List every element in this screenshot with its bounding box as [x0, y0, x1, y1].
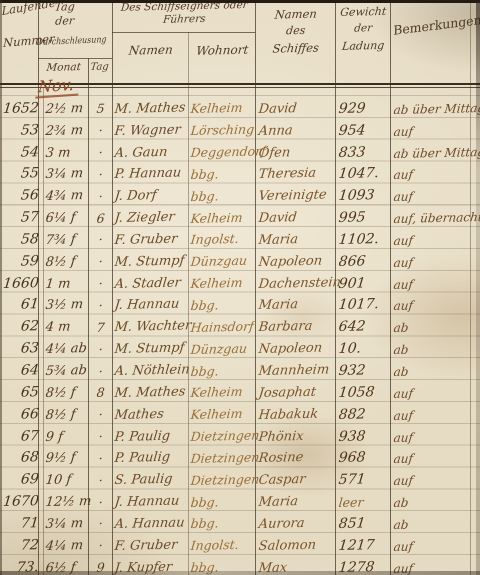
- cell-zeit: 3¼ m: [45, 517, 84, 531]
- cell-schiff: Napoleon: [258, 254, 323, 268]
- cell-tag: ·: [90, 431, 111, 444]
- cell-nr: 61: [2, 298, 39, 313]
- cell-tag: ·: [90, 234, 111, 247]
- cell-zeit: 4¼ ab: [45, 342, 87, 356]
- table-row: 658½ f8M. MathesKelheimJosaphat1058auf: [0, 379, 480, 401]
- cell-bem: ab: [393, 366, 409, 378]
- cell-schiff: Maria: [258, 495, 299, 509]
- cell-schiff: Josaphat: [258, 386, 317, 400]
- paper-edge-right: [476, 0, 480, 575]
- cell-wohnort: Kelheim: [190, 408, 243, 422]
- cell-bem: auf, übernachtet: [393, 211, 480, 225]
- cell-nr: 68: [2, 451, 39, 466]
- cell-tag: ·: [90, 474, 111, 487]
- cell-gewicht: 833: [338, 145, 366, 160]
- cell-wohnort: Kelheim: [190, 277, 243, 291]
- cell-zeit: 9 f: [45, 430, 64, 443]
- cell-nr: 64: [2, 363, 39, 378]
- cell-name: P. Hannau: [114, 167, 182, 182]
- cell-wohnort: Dietzingen: [190, 451, 260, 465]
- table-row: 624 m7M. WachterHainsdorfBarbara642ab: [0, 314, 480, 336]
- cell-zeit: 5¾ ab: [45, 364, 87, 378]
- cell-nr: 72: [2, 538, 39, 553]
- cell-nr: 63: [2, 341, 39, 356]
- ledger-page: Laufende Nummer Tag der Durchschleusung …: [0, 0, 480, 575]
- cell-bem: ab: [393, 519, 409, 531]
- cell-zeit: 4¼ m: [45, 539, 84, 553]
- cell-tag: ·: [90, 518, 111, 531]
- cell-name: F. Gruber: [114, 233, 178, 247]
- table-row: 679 f·P. PauligDietzingenPhönix938auf: [0, 423, 480, 445]
- cell-wohnort: Kelheim: [190, 386, 243, 400]
- cell-gewicht: 1093: [338, 188, 375, 203]
- cell-schiff: Ofen: [258, 146, 291, 160]
- cell-name: M. Mathes: [114, 101, 186, 116]
- cell-zeit: 3¼ m: [45, 168, 84, 182]
- cell-nr: 53: [2, 123, 39, 138]
- cell-bem: auf: [393, 125, 414, 137]
- cell-zeit: 3 m: [45, 146, 71, 160]
- cell-schiff: Barbara: [258, 320, 313, 334]
- table-row: 543 m·A. GaunDeggendorfOfen833ab über Mi…: [0, 139, 480, 161]
- cell-bem: auf: [393, 191, 414, 203]
- cell-schiff: Dachenstein: [258, 276, 342, 291]
- cell-schiff: Theresia: [258, 167, 317, 181]
- cell-bem: ab über Mittag: [393, 145, 480, 159]
- cell-gewicht: 1102.: [338, 232, 380, 247]
- cell-schiff: Phönix: [258, 430, 304, 444]
- cell-bem: auf: [393, 431, 414, 443]
- cell-nr: 1670: [2, 494, 39, 509]
- cell-name: M. Stumpf: [114, 254, 185, 269]
- cell-bem: auf: [393, 387, 414, 399]
- cell-zeit: 8½ f: [45, 255, 76, 269]
- paper-edge-bottom: [0, 571, 480, 575]
- table-row: 668½ f·MathesKelheimHabakuk882auf: [0, 401, 480, 423]
- cell-zeit: 2½ m: [45, 102, 84, 116]
- cell-nr: 57: [2, 210, 39, 225]
- cell-tag: ·: [90, 125, 111, 138]
- cell-gewicht: 929: [338, 101, 366, 116]
- cell-name: J. Ziegler: [114, 211, 175, 225]
- table-row: 16601 m·A. StadlerKelheimDachenstein901a…: [0, 270, 480, 292]
- table-row: 532¾ m·F. WagnerLörschingAnna954auf: [0, 117, 480, 139]
- cell-name: J. Hannau: [114, 495, 180, 509]
- cell-schiff: Vereinigte: [258, 189, 327, 204]
- table-row: 576¼ f6J. ZieglerKelheimDavid995auf, übe…: [0, 204, 480, 226]
- cell-name: J. Hannau: [114, 298, 180, 312]
- cell-zeit: 2¾ m: [45, 124, 84, 138]
- table-row: 689½ f·P. PauligDietzingenRosine968auf: [0, 445, 480, 467]
- cell-wohnort: Kelheim: [190, 211, 243, 225]
- cell-gewicht: 642: [338, 320, 366, 335]
- cell-zeit: 8½ f: [45, 386, 76, 400]
- cell-name: S. Paulig: [114, 473, 173, 487]
- cell-schiff: Maria: [258, 299, 299, 313]
- cell-schiff: Habakuk: [258, 407, 319, 421]
- cell-nr: 58: [2, 232, 39, 247]
- cell-zeit: 3½ m: [45, 299, 84, 313]
- cell-gewicht: 1017.: [338, 298, 380, 313]
- cell-wohnort: Lörsching: [190, 124, 255, 138]
- cell-zeit: 7¾ f: [45, 233, 76, 247]
- cell-bem: auf: [393, 409, 414, 421]
- cell-bem: ab: [393, 497, 409, 509]
- cell-nr: 67: [2, 429, 39, 444]
- cell-name: M. Wachter: [114, 320, 192, 335]
- cell-name: F. Gruber: [114, 538, 178, 552]
- cell-tag: ·: [90, 496, 111, 509]
- cell-name: A. Gaun: [114, 145, 168, 159]
- cell-schiff: Caspar: [258, 473, 306, 487]
- cell-bem: auf: [393, 235, 414, 247]
- cell-gewicht: 1217: [338, 538, 375, 553]
- cell-gewicht: 954: [338, 123, 366, 138]
- paper-edge-left: [0, 0, 2, 575]
- cell-bem: auf: [393, 540, 414, 552]
- cell-tag: ·: [90, 452, 111, 465]
- cell-wohnort: bbg.: [190, 496, 219, 509]
- cell-zeit: 6¼ f: [45, 211, 76, 225]
- cell-nr: 69: [2, 472, 39, 487]
- cell-bem: auf: [393, 453, 414, 465]
- cell-tag: 5: [90, 103, 111, 116]
- cell-wohnort: Deggendorf: [190, 145, 266, 159]
- table-row: 553¼ m·P. Hannaubbg.Theresia1047.auf: [0, 161, 480, 183]
- cell-schiff: Rosine: [258, 451, 304, 465]
- cell-bem: ab über Mittag: [393, 102, 480, 116]
- cell-name: F. Wagner: [114, 123, 181, 137]
- cell-zeit: 1 m: [45, 277, 71, 291]
- cell-zeit: 4 m: [45, 321, 71, 335]
- cell-wohnort: Dünzgau: [190, 255, 248, 269]
- cell-nr: 1652: [2, 101, 39, 116]
- table-row: 645¾ ab·A. Nöthleinbbg.Mannheim932ab: [0, 357, 480, 379]
- cell-bem: ab: [393, 344, 409, 356]
- table-row: 613½ m·J. Hannaubbg.Maria1017.auf: [0, 292, 480, 314]
- cell-bem: auf: [393, 278, 414, 290]
- cell-gewicht: 901: [338, 276, 366, 291]
- cell-schiff: Aurora: [258, 517, 305, 531]
- cell-tag: ·: [90, 365, 111, 378]
- cell-wohnort: bbg.: [190, 365, 219, 378]
- cell-wohnort: Hainsdorf: [190, 320, 254, 334]
- cell-tag: ·: [90, 147, 111, 160]
- cell-wohnort: bbg.: [190, 168, 219, 181]
- cell-zeit: 8½ f: [45, 408, 76, 422]
- table-row: 564¾ m·J. Dorfbbg.Vereinigte1093auf: [0, 182, 480, 204]
- table-row: 634¼ ab·M. StumpfDünzgauNapoleon10.ab: [0, 335, 480, 357]
- cell-tag: 6: [90, 212, 111, 225]
- cell-nr: 55: [2, 167, 39, 182]
- cell-name: A. Hannau: [114, 516, 185, 531]
- cell-nr: 56: [2, 188, 39, 203]
- cell-name: J. Dorf: [114, 189, 157, 203]
- cell-gewicht: leer: [338, 496, 364, 509]
- cell-tag: ·: [90, 409, 111, 422]
- cell-tag: ·: [90, 278, 111, 291]
- table-row: 167012½ m·J. Hannaubbg.Marialeerab: [0, 488, 480, 510]
- cell-tag: ·: [90, 540, 111, 553]
- table-row: 6910 f·S. PauligDietzingenCaspar571auf: [0, 466, 480, 488]
- table-row: 587¾ f·F. GruberIngolst.Maria1102.auf: [0, 226, 480, 248]
- cell-wohnort: bbg.: [190, 190, 219, 203]
- cell-wohnort: Dünzgau: [190, 342, 248, 356]
- cell-nr: 1660: [2, 276, 39, 291]
- cell-nr: 59: [2, 254, 39, 269]
- cell-nr: 66: [2, 407, 39, 422]
- cell-gewicht: 10.: [338, 342, 362, 357]
- cell-nr: 54: [2, 145, 39, 160]
- cell-wohnort: Ingolst.: [190, 233, 239, 247]
- cell-tag: ·: [90, 168, 111, 181]
- cell-schiff: David: [258, 102, 297, 116]
- cell-nr: 65: [2, 385, 39, 400]
- cell-zeit: 9½ f: [45, 452, 76, 466]
- cell-gewicht: 968: [338, 451, 366, 466]
- cell-name: M. Stumpf: [114, 342, 185, 357]
- cell-name: P. Paulig: [114, 451, 171, 465]
- cell-nr: 71: [2, 516, 39, 531]
- cell-nr: 62: [2, 320, 39, 335]
- cell-wohnort: bbg.: [190, 518, 219, 531]
- cell-name: A. Nöthlein: [114, 363, 190, 378]
- cell-schiff: Salomon: [258, 539, 317, 553]
- cell-wohnort: Kelheim: [190, 102, 243, 116]
- cell-schiff: David: [258, 211, 297, 225]
- cell-name: P. Paulig: [114, 429, 171, 443]
- cell-bem: auf: [393, 475, 414, 487]
- cell-wohnort: bbg.: [190, 299, 219, 312]
- cell-tag: 7: [90, 321, 111, 334]
- cell-gewicht: 882: [338, 407, 366, 422]
- cell-schiff: Napoleon: [258, 342, 323, 356]
- cell-gewicht: 866: [338, 254, 366, 269]
- cell-gewicht: 995: [338, 210, 366, 225]
- cell-zeit: 10 f: [45, 474, 72, 488]
- cell-gewicht: 851: [338, 516, 366, 531]
- cell-schiff: Maria: [258, 233, 299, 247]
- cell-tag: ·: [90, 190, 111, 203]
- cell-bem: auf: [393, 169, 414, 181]
- cell-tag: ·: [90, 300, 111, 313]
- cell-gewicht: 932: [338, 363, 366, 378]
- cell-bem: auf: [393, 256, 414, 268]
- cell-zeit: 4¾ m: [45, 189, 84, 203]
- table-row: 16522½ m5M. MathesKelheimDavid929ab über…: [0, 95, 480, 117]
- cell-schiff: Mannheim: [258, 363, 330, 378]
- cell-gewicht: 1058: [338, 385, 375, 400]
- paper-edge-top: [0, 0, 480, 3]
- cell-zeit: 12½ m: [45, 495, 92, 509]
- cell-gewicht: 571: [338, 473, 366, 488]
- cell-wohnort: Dietzingen: [190, 473, 260, 487]
- table-row: 598½ f·M. StumpfDünzgauNapoleon866auf: [0, 248, 480, 270]
- cell-bem: ab: [393, 322, 409, 334]
- month-marker: Nov.: [35, 74, 79, 98]
- cell-tag: ·: [90, 256, 111, 269]
- cell-wohnort: Ingolst.: [190, 539, 239, 553]
- cell-bem: auf: [393, 300, 414, 312]
- cell-tag: ·: [90, 343, 111, 356]
- table-row: 724¼ m·F. GruberIngolst.Salomon1217auf: [0, 532, 480, 554]
- cell-tag: 8: [90, 387, 111, 400]
- cell-wohnort: Dietzingen: [190, 430, 260, 444]
- cell-name: A. Stadler: [114, 276, 181, 290]
- cell-name: Mathes: [114, 408, 164, 422]
- cell-schiff: Anna: [258, 124, 293, 138]
- cell-gewicht: 1047.: [338, 166, 380, 181]
- cell-name: M. Mathes: [114, 385, 186, 400]
- cell-gewicht: 938: [338, 429, 366, 444]
- table-row: 713¼ m·A. Hannaubbg.Aurora851ab: [0, 510, 480, 532]
